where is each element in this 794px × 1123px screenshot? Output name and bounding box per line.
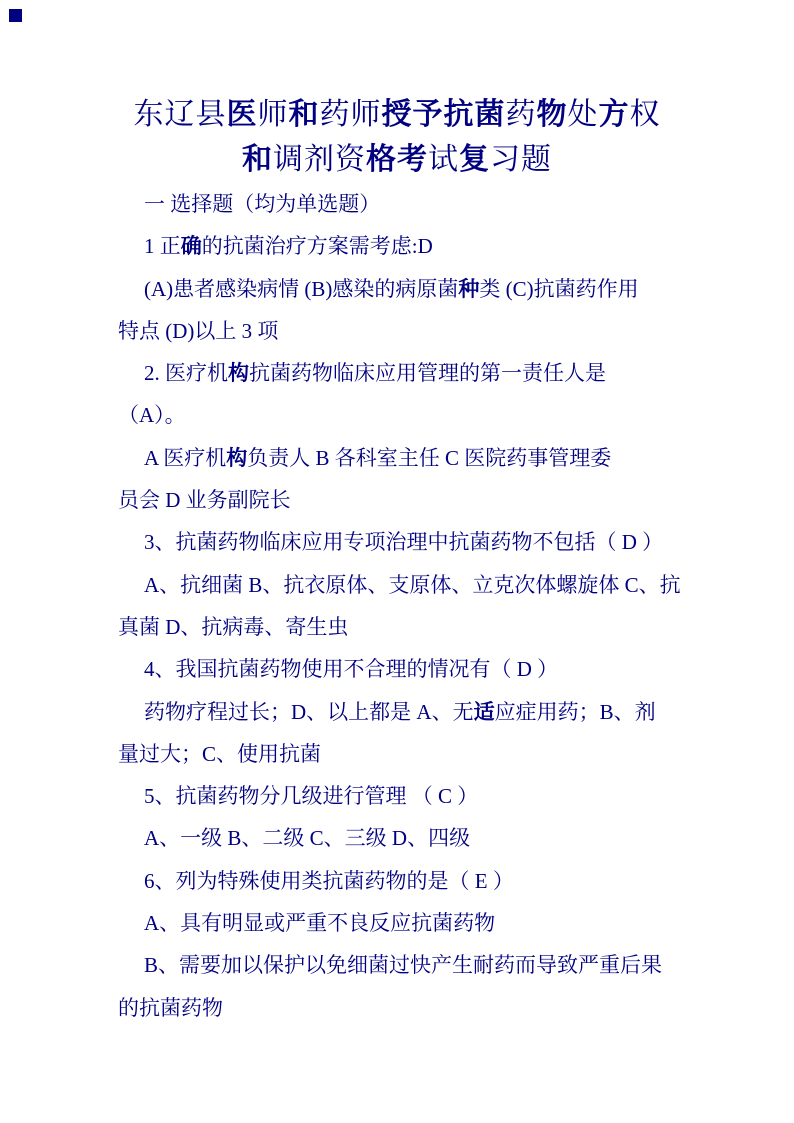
text-run: 5、抗菌药物分几级进行管理 （ C ） [144, 784, 478, 808]
text-line: 5、抗菌药物分几级进行管理 （ C ） [118, 775, 744, 817]
text-run: 类 (C)抗菌药作用 [479, 277, 638, 301]
text-line: B、需要加以保护以免细菌过快产生耐药而导致严重后果 [118, 944, 744, 986]
text-run: 抗菌药物临床应用管理的第一责任人是 [249, 361, 606, 385]
bold-text-run: 考 [397, 143, 428, 176]
text-run: 真菌 D、抗病毒、寄生虫 [118, 615, 348, 639]
text-line: 4、我国抗菌药物使用不合理的情况有（ D ） [118, 648, 744, 690]
text-line: （A）。 [118, 394, 744, 436]
bold-text-run: 确 [181, 234, 202, 258]
text-run: A 医疗机 [144, 446, 226, 470]
text-run: 3、抗菌药物临床应用专项治理中抗菌药物不包括（ D ） [144, 530, 663, 554]
text-run: 应症用药；B、剂 [495, 700, 656, 724]
text-run: （A）。 [118, 403, 186, 427]
bold-text-run: 方 [599, 98, 630, 131]
bold-text-run: 复 [459, 143, 490, 176]
text-line: A、抗细菌 B、抗衣原体、支原体、立克次体螺旋体 C、抗 [118, 564, 744, 606]
text-run: A、抗细菌 B、抗衣原体、支原体、立克次体螺旋体 C、抗 [144, 573, 681, 597]
text-run: 调剂资 [273, 143, 366, 176]
bold-text-run: 种 [458, 277, 479, 301]
text-line: 员会 D 业务副院长 [118, 479, 744, 521]
text-run: A、一级 B、二级 C、三级 D、四级 [144, 826, 470, 850]
text-line: 2. 医疗机构抗菌药物临床应用管理的第一责任人是 [118, 352, 744, 394]
text-line: A、具有明显或严重不良反应抗菌药物 [118, 902, 744, 944]
text-line: 1 正确的抗菌治疗方案需考虑:D [118, 225, 744, 267]
text-run: 量过大；C、使用抗菌 [118, 742, 321, 766]
text-line: A 医疗机构负责人 B 各科室主任 C 医院药事管理委 [118, 437, 744, 479]
title-line: 和调剂资格考试复习题 [60, 137, 734, 182]
text-line: 药物疗程过长；D、以上都是 A、无适应症用药；B、剂 [118, 691, 744, 733]
text-run: 药物疗程过长；D、以上都是 A、无 [144, 700, 474, 724]
text-run: 一 选择题（均为单选题） [144, 192, 380, 216]
text-run: 师 [258, 98, 289, 131]
document-page: 东辽县医师和药师授予抗菌药物处方权和调剂资格考试复习题 一 选择题（均为单选题）… [0, 0, 794, 1123]
text-line: 6、列为特殊使用类抗菌药物的是（ E ） [118, 860, 744, 902]
text-run: (A)患者感染病情 (B)感染的病原菌 [144, 277, 458, 301]
text-run: A、具有明显或严重不良反应抗菌药物 [144, 911, 495, 935]
bold-text-run: 授予抗菌 [382, 98, 506, 131]
text-run: 特点 (D)以上 3 项 [118, 319, 278, 343]
text-run: B、需要加以保护以免细菌过快产生耐药而导致严重后果 [144, 953, 662, 977]
document-title: 东辽县医师和药师授予抗菌药物处方权和调剂资格考试复习题 [60, 92, 734, 182]
bold-text-run: 构 [228, 361, 249, 385]
corner-square-mark [9, 9, 22, 22]
bold-text-run: 构 [226, 446, 247, 470]
text-run: 4、我国抗菌药物使用不合理的情况有（ D ） [144, 657, 558, 681]
text-line: A、一级 B、二级 C、三级 D、四级 [118, 817, 744, 859]
text-run: 6、列为特殊使用类抗菌药物的是（ E ） [144, 869, 514, 893]
text-line: 的抗菌药物 [118, 987, 744, 1029]
text-run: 的抗菌治疗方案需考虑:D [202, 234, 433, 258]
text-run: 处 [568, 98, 599, 131]
text-line: (A)患者感染病情 (B)感染的病原菌种类 (C)抗菌药作用 [118, 268, 744, 310]
text-run: 2. 医疗机 [144, 361, 228, 385]
text-run: 负责人 B 各科室主任 C 医院药事管理委 [247, 446, 611, 470]
text-line: 量过大；C、使用抗菌 [118, 733, 744, 775]
text-run: 习题 [490, 143, 552, 176]
text-run: 试 [428, 143, 459, 176]
text-run: 1 正 [144, 234, 181, 258]
document-body: 一 选择题（均为单选题）1 正确的抗菌治疗方案需考虑:D(A)患者感染病情 (B… [0, 183, 794, 1029]
text-run: 药 [506, 98, 537, 131]
text-run: 东辽县 [134, 98, 227, 131]
text-run: 药师 [320, 98, 382, 131]
text-line: 一 选择题（均为单选题） [118, 183, 744, 225]
bold-text-run: 适 [474, 700, 495, 724]
text-line: 特点 (D)以上 3 项 [118, 310, 744, 352]
bold-text-run: 和 [289, 98, 320, 131]
bold-text-run: 和 [242, 143, 273, 176]
bold-text-run: 格 [366, 143, 397, 176]
bold-text-run: 医 [227, 98, 258, 131]
text-line: 3、抗菌药物临床应用专项治理中抗菌药物不包括（ D ） [118, 521, 744, 563]
text-run: 权 [630, 98, 661, 131]
text-run: 员会 D 业务副院长 [118, 488, 291, 512]
bold-text-run: 物 [537, 98, 568, 131]
title-line: 东辽县医师和药师授予抗菌药物处方权 [60, 92, 734, 137]
text-run: 的抗菌药物 [118, 996, 223, 1020]
text-line: 真菌 D、抗病毒、寄生虫 [118, 606, 744, 648]
